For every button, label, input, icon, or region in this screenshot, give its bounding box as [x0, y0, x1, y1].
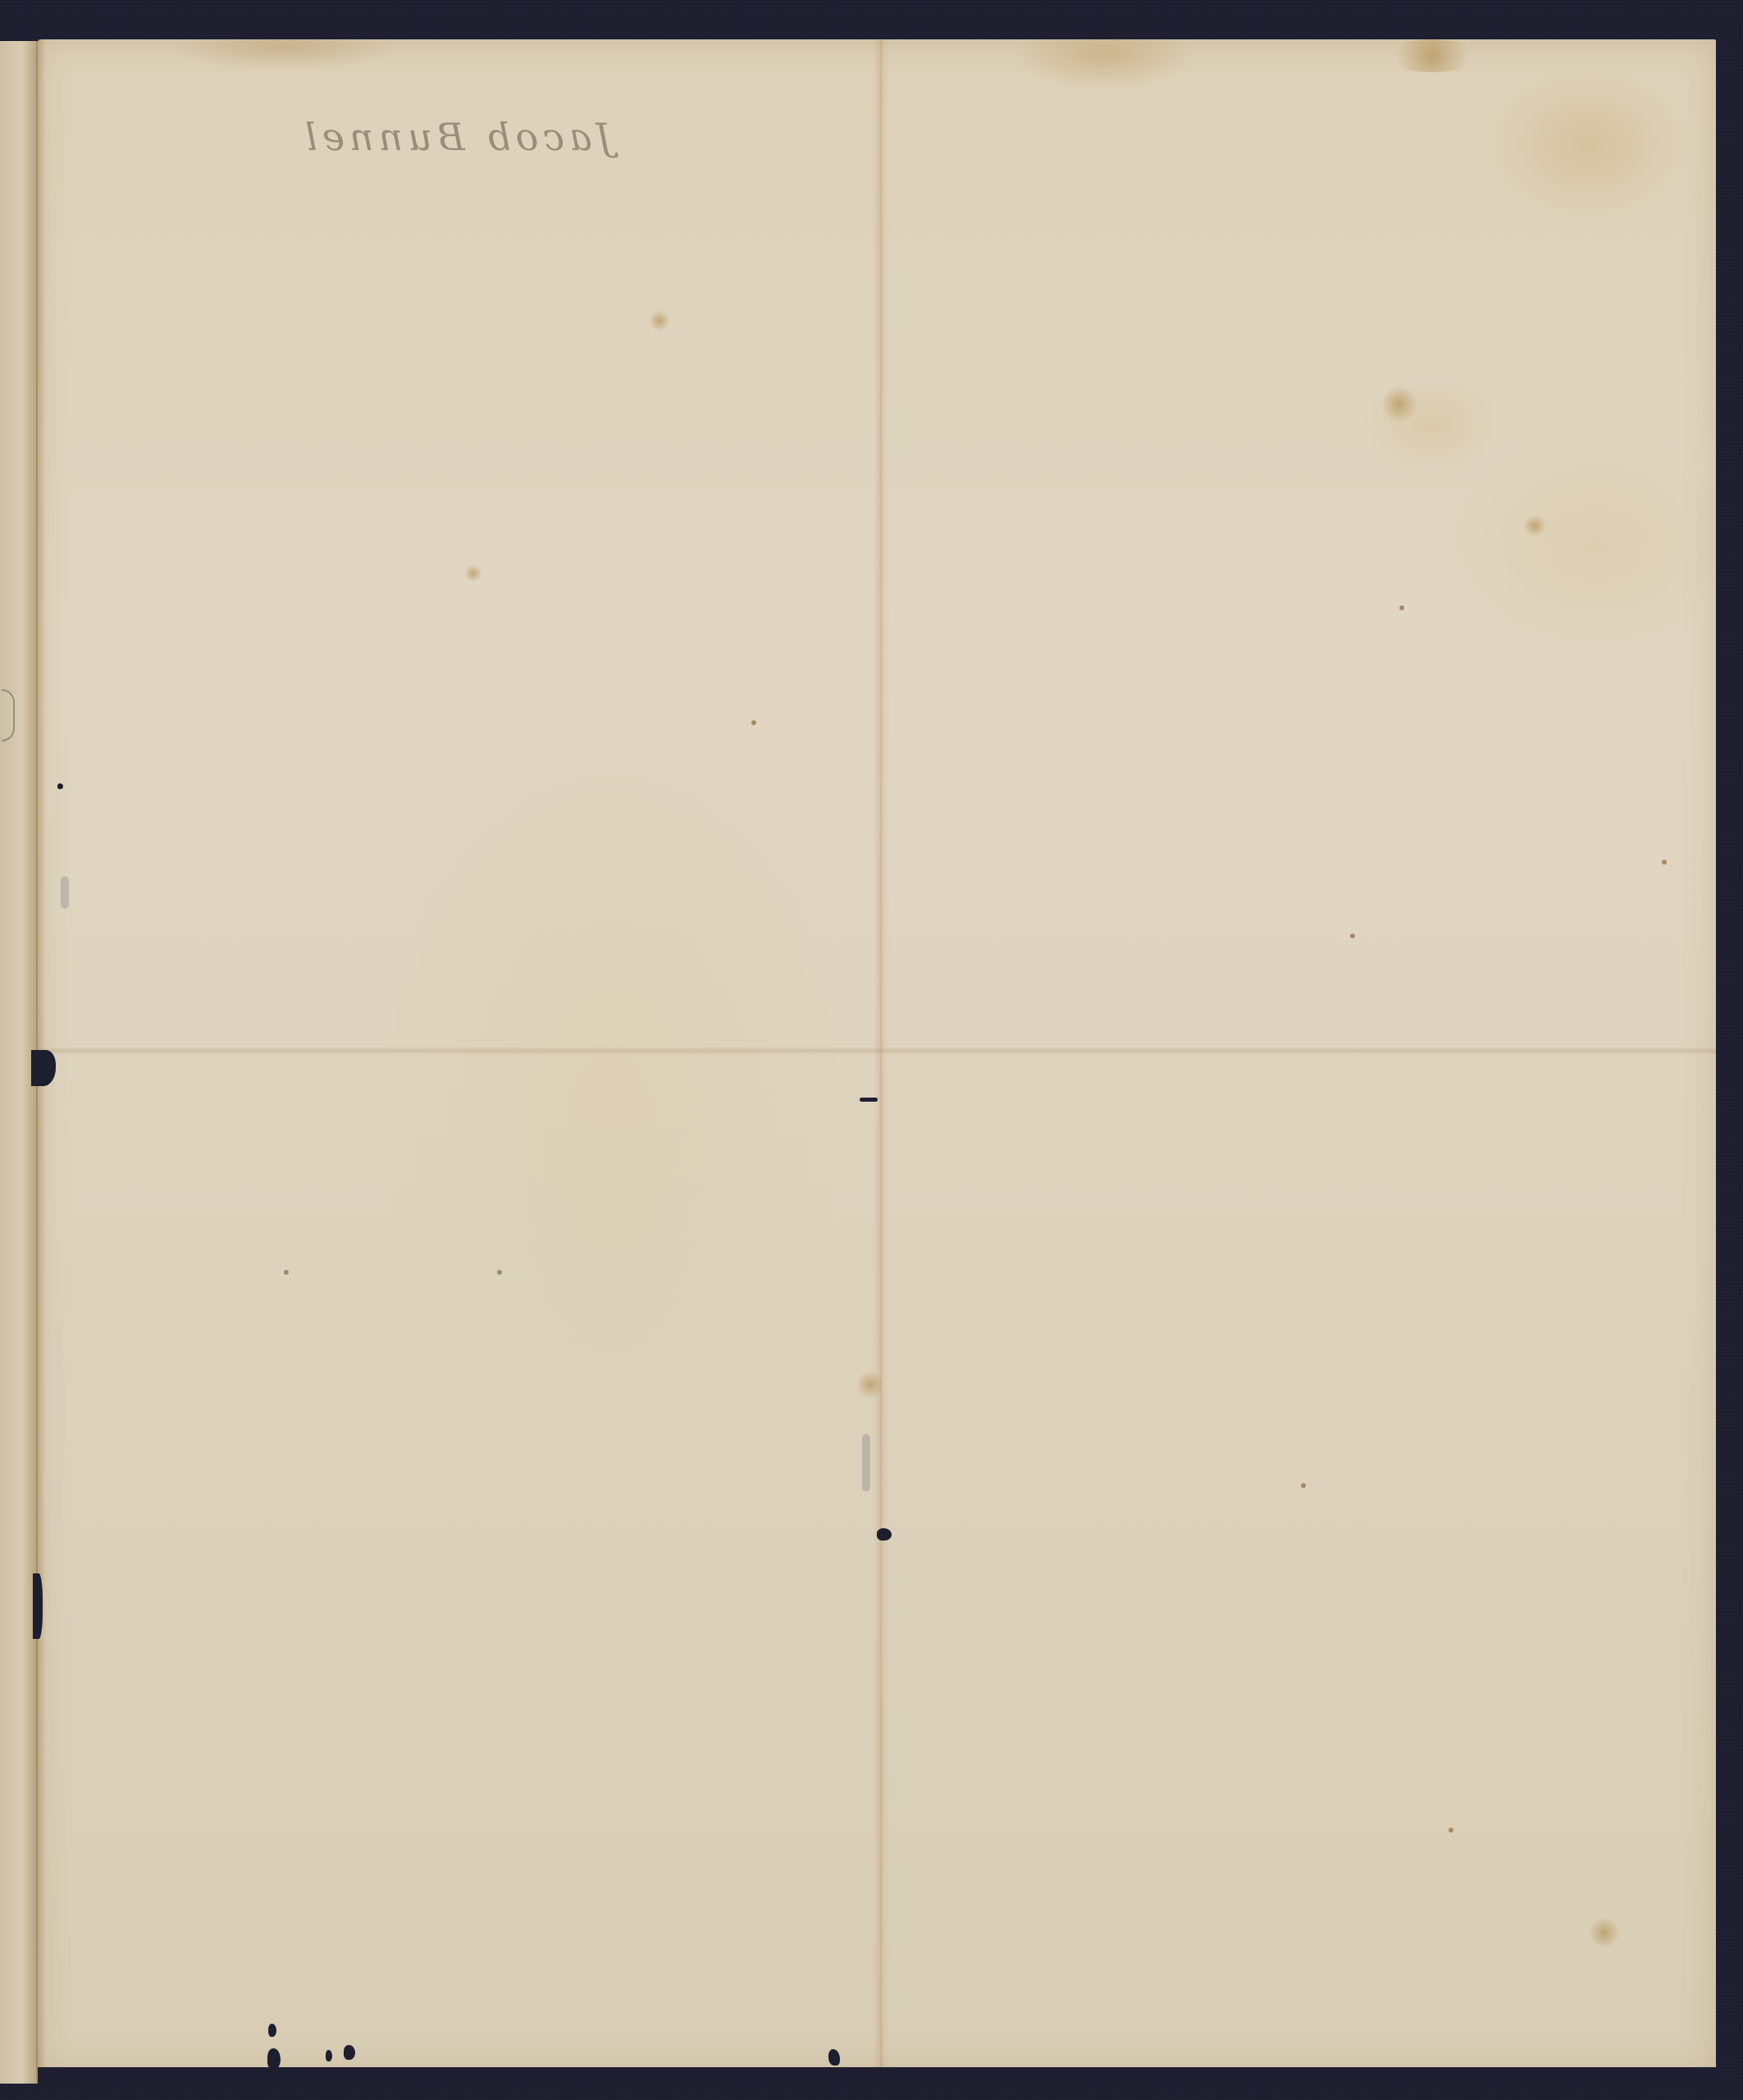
foxing-speck	[1301, 1483, 1306, 1488]
paper-hole	[31, 1050, 56, 1086]
paper-hole	[268, 2024, 276, 2037]
horizontal-fold-line	[38, 1047, 1716, 1055]
paper-hole	[326, 2050, 332, 2061]
paper-hole	[33, 1573, 43, 1639]
vertical-fold-line	[873, 39, 889, 2074]
ink-smudge	[61, 876, 69, 909]
foxing-speck	[751, 720, 756, 725]
foxing-stain	[1383, 384, 1416, 425]
torn-edge	[38, 2067, 1716, 2079]
foxing-stain	[1588, 1918, 1621, 1947]
foxing-stain	[1383, 39, 1481, 72]
foxing-stain	[649, 310, 670, 331]
manuscript-leaf: Jacob Bunnel	[38, 39, 1716, 2074]
paper-hole	[860, 1098, 878, 1102]
foxing-speck	[1350, 934, 1355, 938]
foxing-stain	[1522, 515, 1547, 536]
foxing-speck	[1449, 1828, 1453, 1833]
paper-hole	[877, 1528, 892, 1541]
paper-hole	[57, 783, 63, 789]
foxing-speck	[497, 1270, 502, 1275]
foxing-stain	[464, 564, 482, 582]
paper-hole	[828, 2049, 840, 2066]
foxing-speck	[1662, 860, 1667, 865]
adjacent-leaf-ink-mark	[2, 689, 15, 742]
paper-hole	[344, 2045, 355, 2060]
foxing-speck	[284, 1270, 289, 1275]
foxing-stain	[858, 1368, 883, 1401]
foxing-speck	[1399, 605, 1404, 610]
ink-smudge	[862, 1434, 870, 1491]
bleed-through-handwriting: Jacob Bunnel	[300, 115, 612, 159]
